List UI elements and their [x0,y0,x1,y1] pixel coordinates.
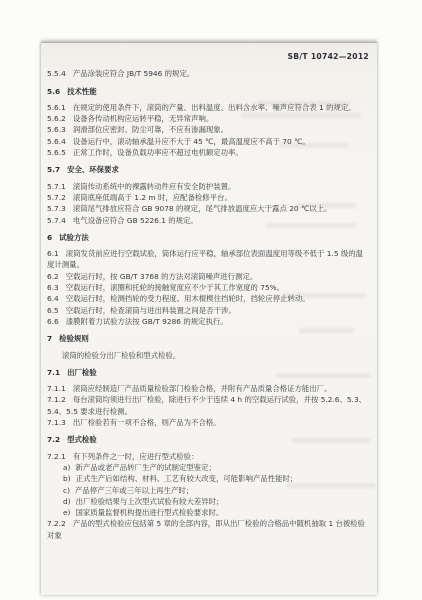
clause-number: 6.2 [47,272,59,281]
clause-number: d) [63,497,71,506]
paragraph: 7.2.2产品的型式检验应包括第 5 章的全部内容，即从出厂检验的合格品中随机抽… [47,518,370,541]
clause-text: 正式生产后如结构、材料、工艺有较大改变，可能影响产品性能时； [76,474,298,483]
clause-text: 检验规则 [59,334,89,343]
paragraph: b)正式生产后如结构、材料、工艺有较大改变，可能影响产品性能时； [47,473,370,484]
clause-text: 在规定的使用条件下，滚筒的产量、出料温度、出料含水率、噪声应符合表 1 的规定。 [73,103,356,112]
clause-text: 安全、环保要求 [67,165,119,174]
paragraph: 6.1滚筒发货前应进行空载试验，筒体运行应平稳，轴承部位表面温度用等级不低于 1… [47,248,370,271]
paragraph: 5.5.4产品涂装应符合 JB/T 5946 的规定。 [47,68,370,79]
clause-text: 设备各传动机构应运转平稳，无异常声响。 [73,114,213,123]
paragraph: d)出厂检验结果与上次型式试验有较大差异时； [47,496,370,507]
clause-text: 空载运行时，滚圈和托轮的接触宽度应不少于其工作宽度的 75%。 [66,283,284,292]
paragraph: 5.6.4设备运行中，滚动轴承温升应不大于 45 ℃，最高温度应不高于 70 ℃… [47,136,370,147]
paragraph: 5.6.1在规定的使用条件下，滚筒的产量、出料温度、出料含水率、噪声应符合表 1… [47,102,370,113]
clause-text: 滚筒的检验分出厂检验和型式检验。 [62,351,180,360]
clause-number: 6.6 [47,317,59,326]
clause-number: 6.3 [47,283,59,292]
paragraph: 6试验方法 [47,232,370,243]
standard-code: SB/T 10742—2012 [47,51,369,62]
clause-number: 5.7 [47,165,60,174]
clause-text: 设备运行中，滚动轴承温升应不大于 45 ℃，最高温度应不高于 70 ℃。 [73,137,310,146]
paragraph: 7检验规则 [47,333,370,344]
scanned-standard-page: { "doc": { "standard_code": "SB/T 10742—… [0,0,422,600]
clause-text: 滚筒应经制造厂产品质量检验部门检验合格，并附有产品质量合格证方能出厂。 [73,384,332,393]
paragraph: 滚筒的检验分出厂检验和型式检验。 [47,350,370,361]
clause-number: 7.1.1 [47,384,66,393]
paragraph: 6.6漆膜附着力试验方法按 GB/T 9286 的规定执行。 [47,316,370,327]
clause-text: 产品停产三年或三年以上再生产时； [75,486,193,495]
clause-number: 5.7.1 [47,182,66,191]
clause-text: 出厂检验结果与上次型式试验有较大差异时； [76,497,224,506]
clause-text: 试验方法 [59,233,89,242]
document-page: SB/T 10742—2012 5.5.4产品涂装应符合 JB/T 5946 的… [41,42,377,595]
clause-text: 滚筒尾气排放应符合 GB 9078 的规定，尾气排放温度应大于露点 20 ℃以上… [73,204,332,213]
paragraph: 6.2空载运行时，按 GB/T 3768 的方法对滚筒噪声进行测定。 [47,271,370,282]
paragraph: 5.6.2设备各传动机构应运转平稳，无异常声响。 [47,113,370,124]
clause-text: 空载运行时，检查滚筒与进出料装置之间是否干涉。 [66,306,236,315]
clause-number: 6.4 [47,294,59,303]
paragraph: 5.7.3滚筒尾气排放应符合 GB 9078 的规定，尾气排放温度应大于露点 2… [47,203,370,214]
clause-text: 每台滚筒均须进行出厂检验，除进行不少于连续 4 h 的空载运行试验，并按 5.2… [47,395,366,415]
clause-text: 有下列条件之一时，应进行型式检验： [73,452,199,461]
paragraph: 5.7.4电气设备应符合 GB 5226.1 的规定。 [47,215,370,226]
clause-number: 5.6.2 [47,114,66,123]
paragraph: 7.2.1有下列条件之一时，应进行型式检验： [47,451,370,462]
paragraph: 7.1.3出厂检验若有一项不合格，则产品为不合格。 [47,417,370,428]
clause-number: 7.1.2 [47,395,66,404]
clause-text: 产品的型式检验应包括第 5 章的全部内容，即从出厂检验的合格品中随机抽取 1 台… [47,519,365,539]
paragraph: 7.1.1滚筒应经制造厂产品质量检验部门检验合格，并附有产品质量合格证方能出厂。 [47,383,370,394]
clause-number: 5.6.4 [47,137,66,146]
clause-text: 正常工作时，设备负载功率应不超过电机额定功率。 [73,148,243,157]
clause-number: 5.6 [47,87,60,96]
clause-text: 滚筒发货前应进行空载试验，筒体运行应平稳，轴承部位表面温度用等级不低于 1.5 … [47,249,363,269]
paragraph: 5.6.3润滑部位应密封、防尘可靠，不应有渗漏现象。 [47,124,370,135]
clause-number: c) [63,486,70,495]
document-content: SB/T 10742—2012 5.5.4产品涂装应符合 JB/T 5946 的… [41,43,377,541]
clause-text: 出厂检验若有一项不合格，则产品为不合格。 [73,418,221,427]
clause-number: 7.2 [47,435,60,444]
clause-number: 5.7.4 [47,216,66,225]
clause-number: 7.2.1 [47,452,66,461]
paragraph: 7.1出厂检验 [47,367,370,378]
clause-number: a) [63,463,70,472]
clause-number: 6.5 [47,306,59,315]
clause-text: 技术性能 [67,87,97,96]
paragraph: e)国家质量监督机构提出进行型式检验要求时。 [47,507,370,518]
paragraph: 7.2型式检验 [47,434,370,445]
clause-text: 滚筒传动系统中的裸露转动件应有安全防护装置。 [73,182,236,191]
paragraph: c)产品停产三年或三年以上再生产时； [47,485,370,496]
clause-number: 5.7.2 [47,193,66,202]
clause-number: 5.6.1 [47,103,66,112]
clause-text: 新产品或老产品转厂生产的试制定型鉴定； [75,463,215,472]
paragraph: 5.6.5正常工作时，设备负载功率应不超过电机额定功率。 [47,147,370,158]
clause-number: 7.1 [47,368,60,377]
clause-number: e) [63,508,70,517]
clause-number: 5.5.4 [47,69,66,78]
paragraph: 6.3空载运行时，滚圈和托轮的接触宽度应不少于其工作宽度的 75%。 [47,282,370,293]
clause-text: 滚筒底座低端高于 1.2 m 时，应配备检修平台。 [73,193,232,202]
paragraph: 6.5空载运行时，检查滚筒与进出料装置之间是否干涉。 [47,305,370,316]
clause-text: 电气设备应符合 GB 5226.1 的规定。 [73,216,198,225]
clause-number: 5.6.5 [47,148,66,157]
clause-text: 产品涂装应符合 JB/T 5946 的规定。 [73,69,194,78]
paragraph: 5.6技术性能 [47,86,370,97]
clause-number: 6 [47,233,52,242]
clause-number: b) [63,474,71,483]
paragraph: 5.7安全、环保要求 [47,164,370,175]
paragraph: 6.4空载运行时，检测挡轮的受力程度。用木棍楔住挡轮时，挡轮应停止转动。 [47,293,370,304]
clause-text: 型式检验 [67,435,97,444]
clause-number: 6.1 [47,249,59,258]
clause-number: 5.7.3 [47,204,66,213]
clause-number: 7.2.2 [47,519,66,528]
paragraph: a)新产品或老产品转厂生产的试制定型鉴定； [47,462,370,473]
clause-text: 润滑部位应密封、防尘可靠，不应有渗漏现象。 [73,125,228,134]
paragraph: 5.7.2滚筒底座低端高于 1.2 m 时，应配备检修平台。 [47,192,370,203]
clause-number: 7 [47,334,52,343]
clause-text: 空载运行时，按 GB/T 3768 的方法对滚筒噪声进行测定。 [66,272,257,281]
document-body: 5.5.4产品涂装应符合 JB/T 5946 的规定。5.6技术性能5.6.1在… [47,68,370,541]
clause-text: 空载运行时，检测挡轮的受力程度。用木棍楔住挡轮时，挡轮应停止转动。 [66,294,310,303]
clause-number: 5.6.3 [47,125,66,134]
paragraph: 5.7.1滚筒传动系统中的裸露转动件应有安全防护装置。 [47,181,370,192]
clause-text: 国家质量监督机构提出进行型式检验要求时。 [75,508,223,517]
paragraph: 7.1.2每台滚筒均须进行出厂检验，除进行不少于连续 4 h 的空载运行试验，并… [47,394,370,417]
clause-number: 7.1.3 [47,418,66,427]
clause-text: 出厂检验 [67,368,97,377]
clause-text: 漆膜附着力试验方法按 GB/T 9286 的规定执行。 [66,317,228,326]
